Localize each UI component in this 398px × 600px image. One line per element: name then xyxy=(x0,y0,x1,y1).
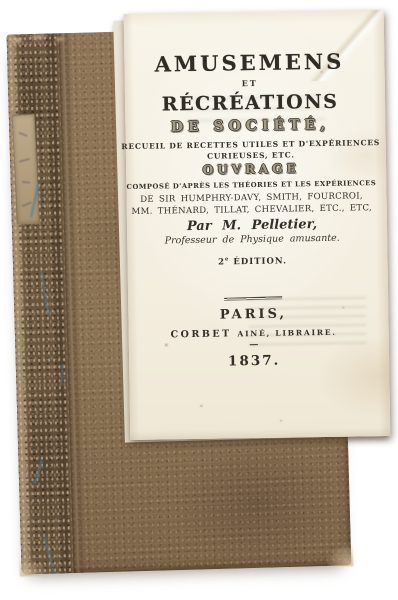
imprint-year: 1837. xyxy=(124,351,384,371)
title-page: AMUSEMENS ET RÉCRÉATIONS DE SOCIÉTÉ, REC… xyxy=(124,10,391,440)
label-handwriting-mark xyxy=(19,132,28,137)
corner-wear xyxy=(327,544,354,567)
composed-line: COMPOSÉ D'APRÈS LES THÉORIES ET LES EXPÉ… xyxy=(121,179,381,191)
section-word: OUVRAGE xyxy=(121,160,381,178)
title-line-3: DE SOCIÉTÉ, xyxy=(120,116,380,136)
decorative-rule xyxy=(123,283,383,306)
publisher-role: AINÉ, LIBRAIRE. xyxy=(237,328,337,339)
rule-bar xyxy=(224,296,282,301)
corner-wear xyxy=(19,558,49,577)
title-page-text: AMUSEMENS ET RÉCRÉATIONS DE SOCIÉTÉ, REC… xyxy=(119,10,386,440)
label-handwriting-mark xyxy=(22,181,30,184)
label-handwriting-mark xyxy=(22,201,32,207)
title-conjunction: ET xyxy=(120,76,380,90)
edition-line: 2e ÉDITION. xyxy=(123,254,383,269)
edition-word: ÉDITION. xyxy=(233,256,287,267)
publisher-name: CORBET xyxy=(170,328,231,340)
title-line-2: RÉCRÉATIONS xyxy=(120,90,380,116)
title-line-1: AMUSEMENS xyxy=(119,48,379,77)
edition-superscript: e xyxy=(225,256,229,262)
authors-line-2: MM. THÉNARD, TILLAT, CHEVALIER, ETC., ET… xyxy=(122,203,382,217)
imprint-city: PARIS, xyxy=(123,305,383,324)
label-handwriting-mark xyxy=(19,158,30,163)
photo-scene: AMUSEMENS ET RÉCRÉATIONS DE SOCIÉTÉ, REC… xyxy=(0,0,398,600)
